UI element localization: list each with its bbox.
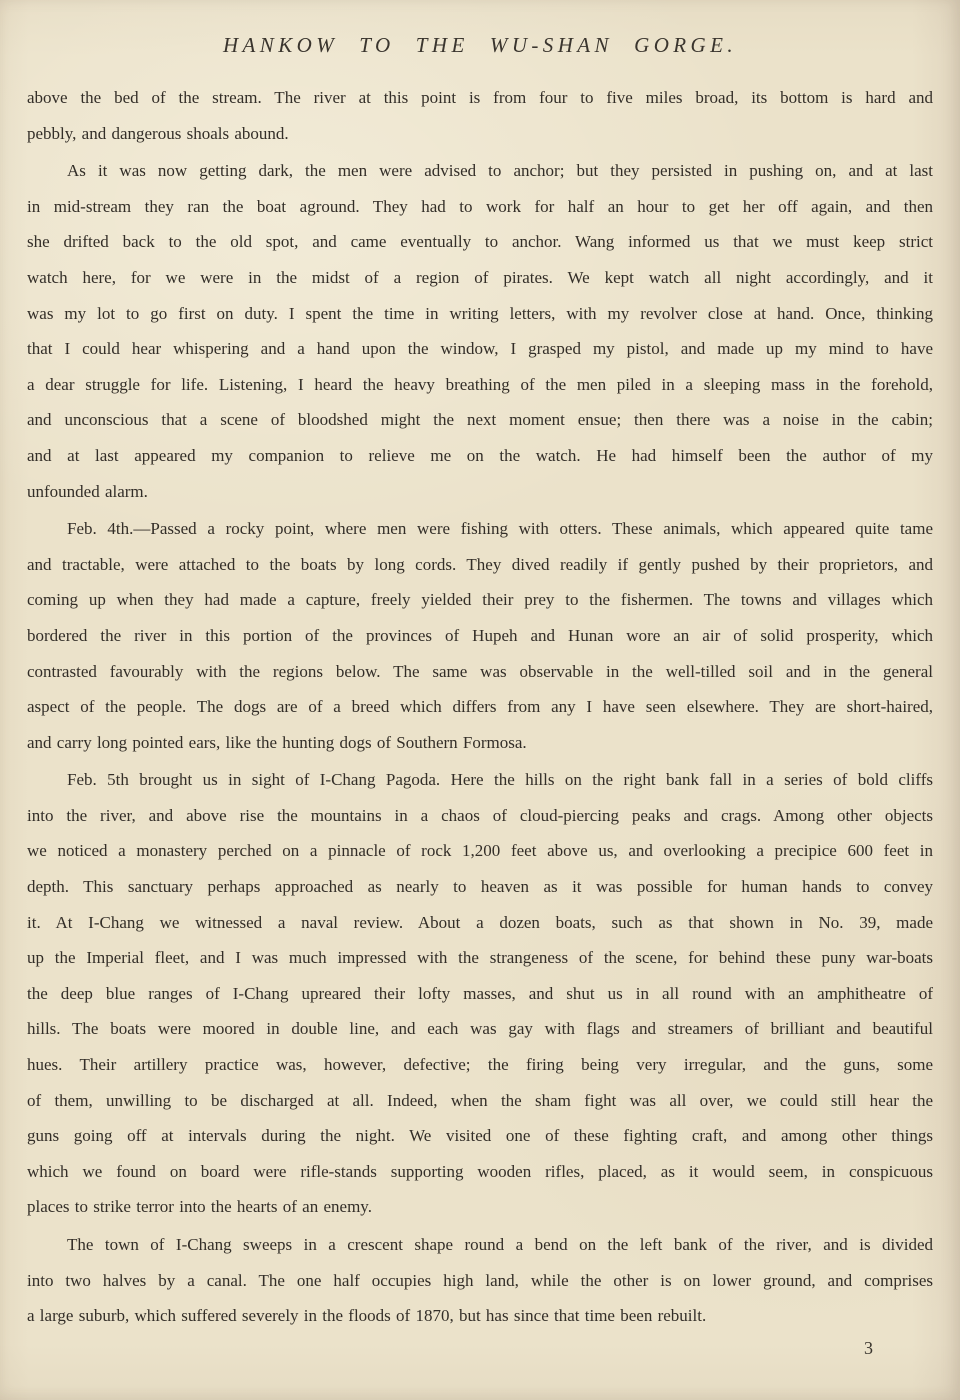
text-line: which we found on board were rifle-stand… <box>27 1154 933 1190</box>
text-line: the deep blue ranges of I-Chang upreared… <box>27 976 933 1012</box>
text-line: As it was now getting dark, the men were… <box>27 153 933 189</box>
paragraph: The town of I-Chang sweeps in a crescent… <box>27 1227 933 1334</box>
text-line: and carry long pointed ears, like the hu… <box>27 725 933 761</box>
text-line: guns going off at intervals during the n… <box>27 1118 933 1154</box>
book-page: HANKOW TO THE WU-SHAN GORGE. above the b… <box>0 0 960 1400</box>
text-line: of them, unwilling to be discharged at a… <box>27 1083 933 1119</box>
paragraph: Feb. 5th brought us in sight of I-Chang … <box>27 762 933 1225</box>
text-line: that I could hear whispering and a hand … <box>27 331 933 367</box>
text-line: The town of I-Chang sweeps in a crescent… <box>27 1227 933 1263</box>
text-line: aspect of the people. The dogs are of a … <box>27 689 933 725</box>
page-header-title: HANKOW TO THE WU-SHAN GORGE. <box>0 33 960 58</box>
text-line: depth. This sanctuary perhaps approached… <box>27 869 933 905</box>
page-number: 3 <box>864 1336 873 1360</box>
text-line: places to strike terror into the hearts … <box>27 1189 933 1225</box>
text-line: hills. The boats were moored in double l… <box>27 1011 933 1047</box>
text-line: and tractable, were attached to the boat… <box>27 547 933 583</box>
text-line: above the bed of the stream. The river a… <box>27 80 933 116</box>
text-line: bordered the river in this portion of th… <box>27 618 933 654</box>
text-line: into two halves by a canal. The one half… <box>27 1263 933 1299</box>
page-body: above the bed of the stream. The river a… <box>27 80 933 1336</box>
text-line: unfounded alarm. <box>27 474 933 510</box>
text-line: in mid-stream they ran the boat aground.… <box>27 189 933 225</box>
paragraph: above the bed of the stream. The river a… <box>27 80 933 151</box>
paragraph: Feb. 4th.—Passed a rocky point, where me… <box>27 511 933 760</box>
text-line: Feb. 4th.—Passed a rocky point, where me… <box>27 511 933 547</box>
text-line: coming up when they had made a capture, … <box>27 582 933 618</box>
text-line: Feb. 5th brought us in sight of I-Chang … <box>27 762 933 798</box>
text-line: up the Imperial fleet, and I was much im… <box>27 940 933 976</box>
text-line: and unconscious that a scene of bloodshe… <box>27 402 933 438</box>
paragraph: As it was now getting dark, the men were… <box>27 153 933 509</box>
text-line: hues. Their artillery practice was, howe… <box>27 1047 933 1083</box>
text-line: she drifted back to the old spot, and ca… <box>27 224 933 260</box>
text-line: contrasted favourably with the regions b… <box>27 654 933 690</box>
text-line: into the river, and above rise the mount… <box>27 798 933 834</box>
text-line: a large suburb, which suffered severely … <box>27 1298 933 1334</box>
text-line: pebbly, and dangerous shoals abound. <box>27 116 933 152</box>
text-line: watch here, for we were in the midst of … <box>27 260 933 296</box>
text-line: it. At I-Chang we witnessed a naval revi… <box>27 905 933 941</box>
text-line: we noticed a monastery perched on a pinn… <box>27 833 933 869</box>
text-line: was my lot to go first on duty. I spent … <box>27 296 933 332</box>
text-line: and at last appeared my companion to rel… <box>27 438 933 474</box>
text-line: a dear struggle for life. Listening, I h… <box>27 367 933 403</box>
